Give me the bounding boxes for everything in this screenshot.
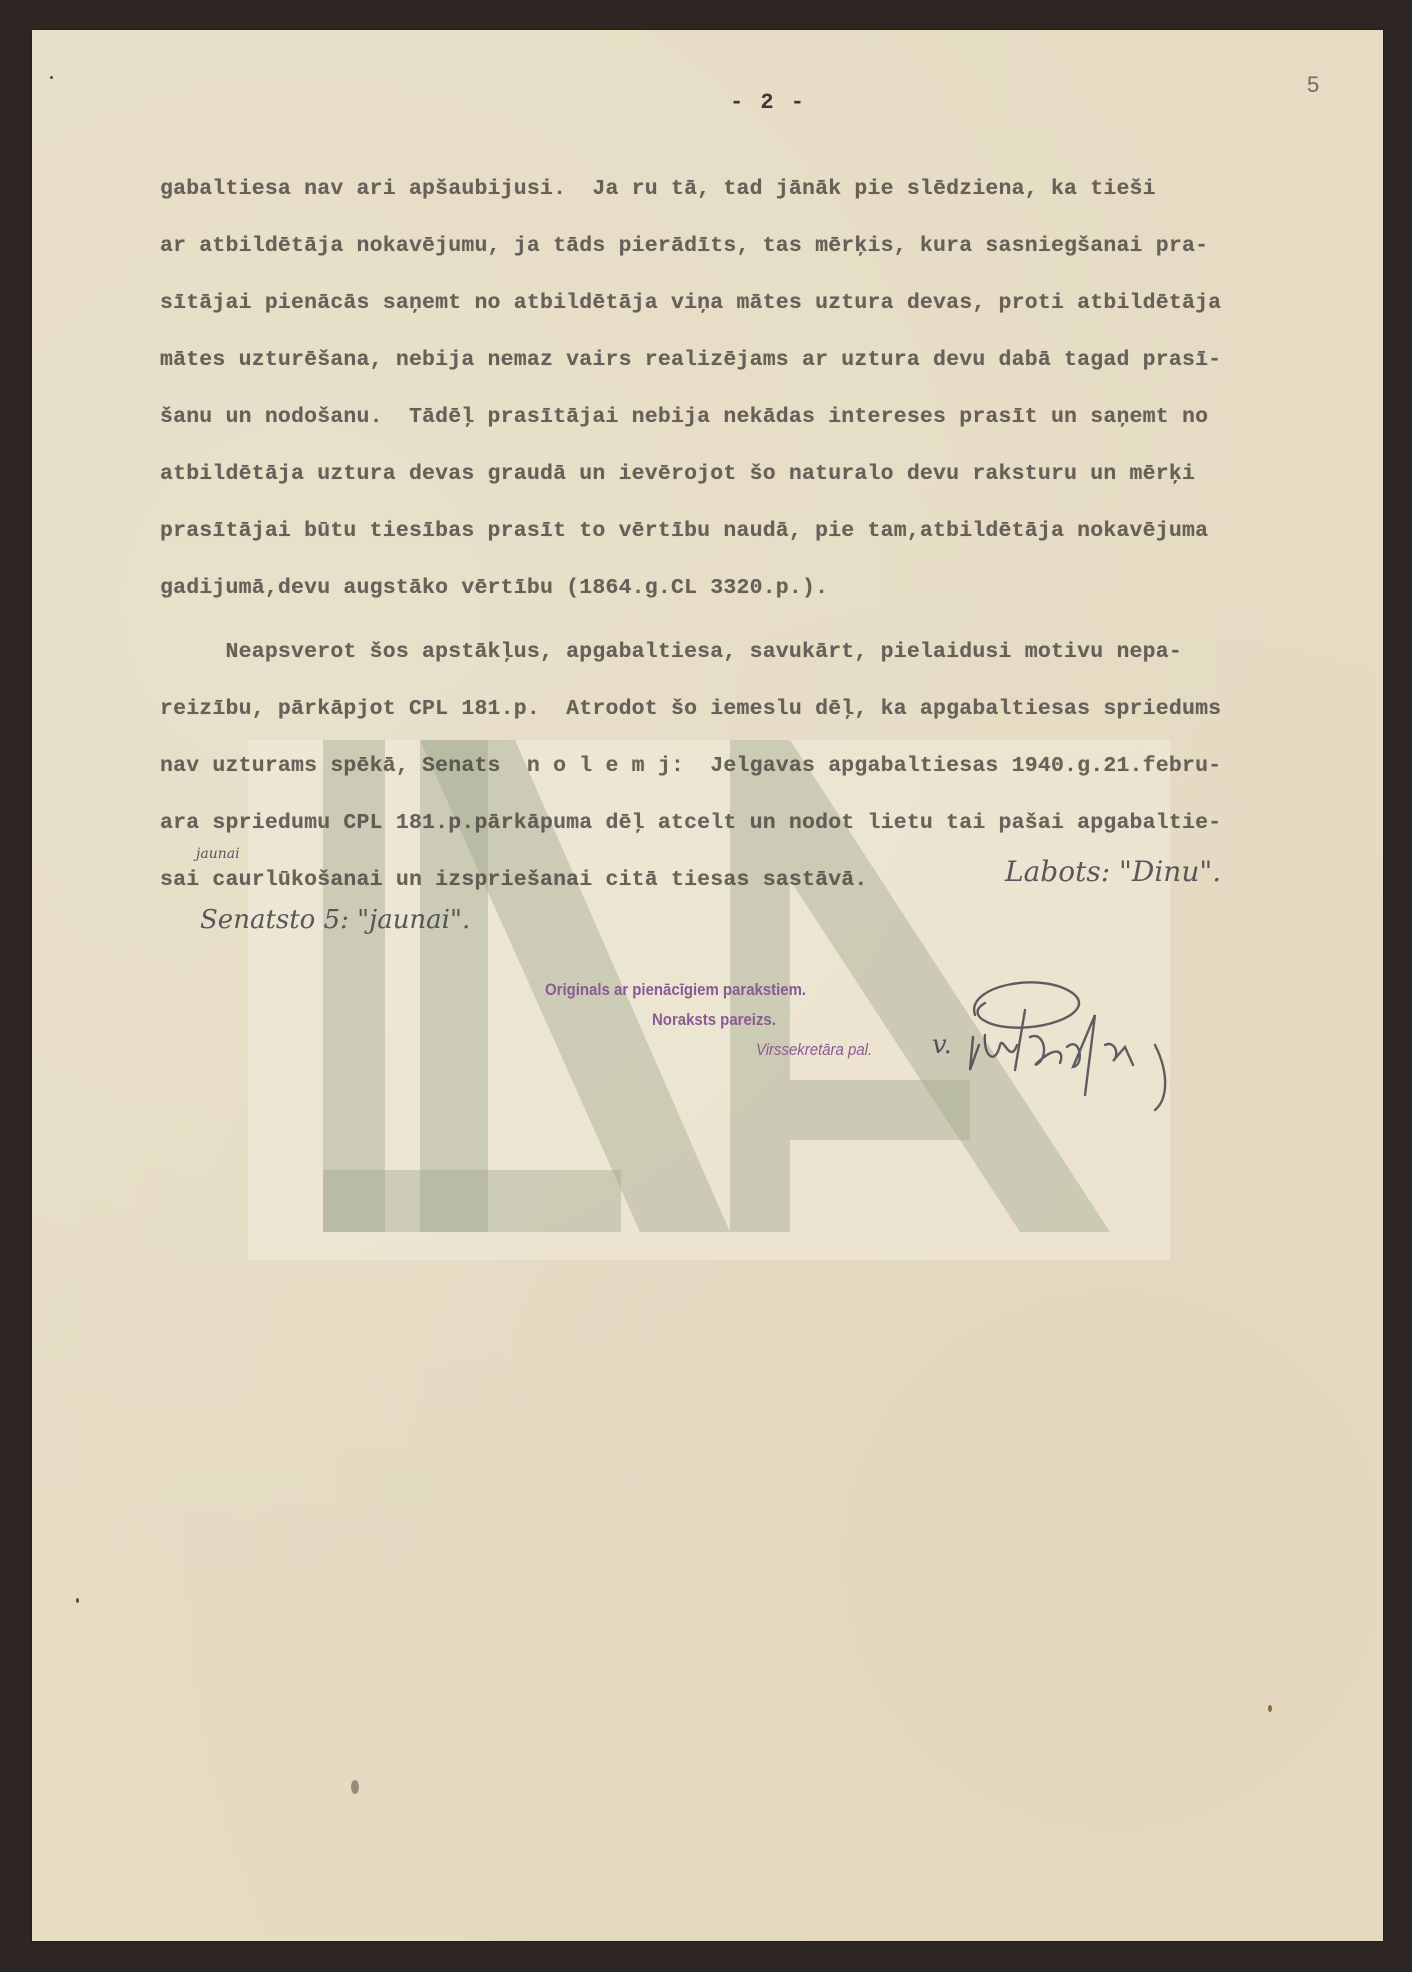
- paper-blemish: [50, 76, 53, 79]
- paper-blemish: [1268, 1705, 1272, 1712]
- stamp-line-original: Originals ar pienācīgiem parakstiem.: [545, 980, 806, 1000]
- body-line: prasītājai būtu tiesības prasīt to vērtī…: [160, 519, 1208, 543]
- body-line: gadijumā,devu augstāko vērtību (1864.g.C…: [160, 576, 828, 600]
- handwritten-correction-note: Labots: "Dinu".: [1005, 855, 1221, 888]
- body-line: ara spriedumu CPL 181.p.pārkāpuma dēļ at…: [160, 811, 1221, 835]
- body-line: reizību, pārkāpjot CPL 181.p. Atrodot šo…: [160, 697, 1221, 721]
- body-line: ar atbildētāja nokavējumu, ja tāds pierā…: [160, 234, 1208, 258]
- body-line: nav uzturams spēkā, Senats n o l e m j: …: [160, 754, 1221, 778]
- body-line: mātes uzturēšana, nebija nemaz vairs rea…: [160, 348, 1221, 372]
- paper-blemish: [351, 1780, 359, 1794]
- body-line: gabaltiesa nav ari apšaubijusi. Ja ru tā…: [160, 177, 1156, 201]
- stamp-line-title: Virssekretāra pal.: [756, 1040, 872, 1060]
- archive-page-number: 5: [1307, 72, 1319, 98]
- signature: [955, 975, 1195, 1115]
- paper-blemish: [76, 1598, 79, 1603]
- signature-initial: v.: [932, 1030, 952, 1060]
- page-header-number: - 2 -: [730, 90, 806, 115]
- body-line: atbildētāja uztura devas graudā un ievēr…: [160, 462, 1195, 486]
- body-line: šanu un nodošanu. Tādēļ prasītājai nebij…: [160, 405, 1208, 429]
- body-line: sītājai pienācās saņemt no atbildētāja v…: [160, 291, 1221, 315]
- stamp-line-copy-correct: Noraksts pareizs.: [652, 1010, 776, 1030]
- body-line: sai caurlūkošanai un izspriešanai citā t…: [160, 868, 868, 892]
- handwritten-correction-line: Senatsto 5: "jaunai".: [200, 905, 470, 935]
- body-line: Neapsverot šos apstākļus, apgabaltiesa, …: [160, 640, 1182, 664]
- handwritten-insertion: jaunai: [196, 846, 240, 862]
